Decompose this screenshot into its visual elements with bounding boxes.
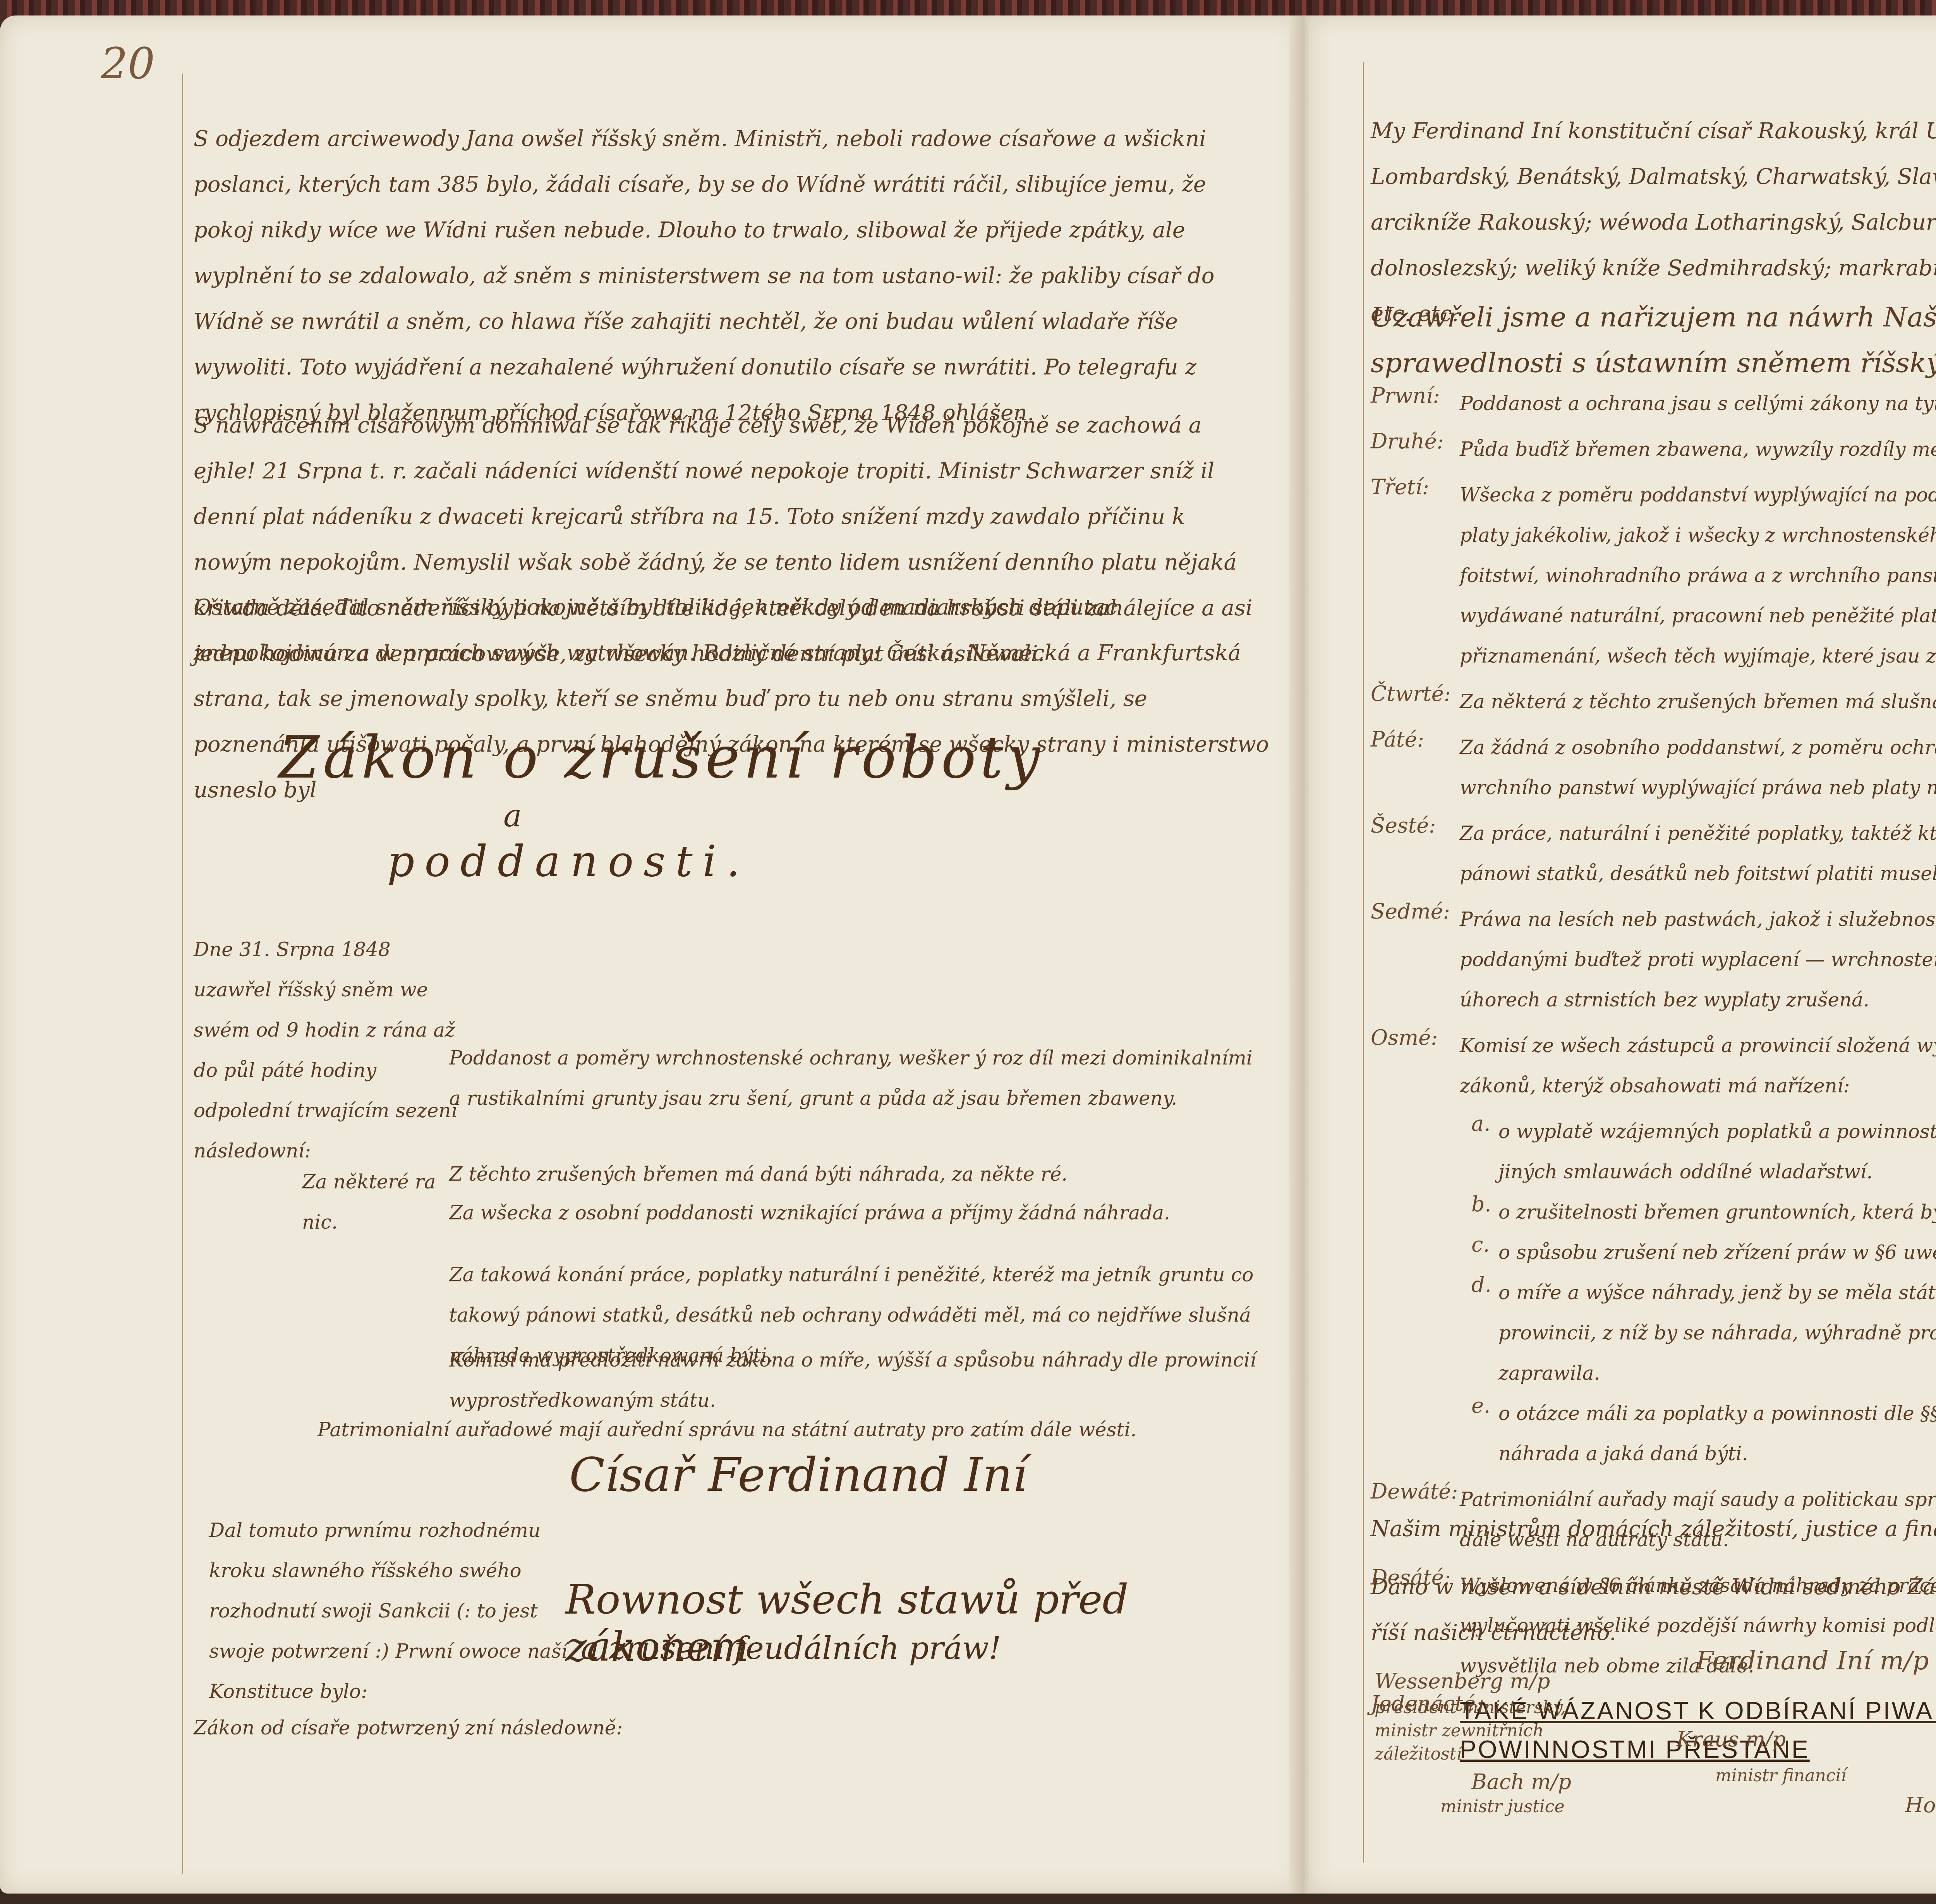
sub-item-label: c. bbox=[1471, 1232, 1498, 1272]
sub-item-b: b. o zrušitelnosti břemen gruntowních, k… bbox=[1471, 1192, 1936, 1232]
law-title-conjunction: a bbox=[503, 798, 532, 834]
article-4: Čtwrté: Za některá z těchto zrušených bř… bbox=[1371, 682, 1936, 722]
slogan-line-2: a zrušení feudálních práw! bbox=[581, 1630, 1001, 1666]
article-text: Wšecka z poměru poddanství wyplýwající n… bbox=[1460, 475, 1936, 676]
signature-wessenberg: Wessenberg m/p bbox=[1375, 1669, 1550, 1693]
date-margin-note: Dne 31. Srpna 1848 uzawřel říšský sněm w… bbox=[194, 929, 465, 1171]
sub-item-label: d. bbox=[1471, 1272, 1498, 1393]
given-clause: Dáno w našem a sídelním městě Wídni sedm… bbox=[1371, 1564, 1936, 1656]
sub-item-c: c. o spůsobu zrušení neb zřízení práw w … bbox=[1471, 1232, 1936, 1272]
article-text: Za práce, naturální i peněžité poplatky,… bbox=[1460, 813, 1936, 894]
page-number: 20 bbox=[101, 39, 155, 88]
signature-hornbostl: Hornbostl m/p bbox=[1905, 1793, 1936, 1817]
article-5: Páté: Za žádná z osobního poddanstwí, z … bbox=[1371, 727, 1936, 808]
sub-item-e: e. o otázce máli za poplatky a powinnost… bbox=[1471, 1393, 1936, 1474]
sub-item-label: a. bbox=[1471, 1111, 1498, 1192]
articles-list: Prwní: Poddanost a ochrana jsau s cellým… bbox=[1371, 383, 1936, 1769]
closing-line: Zákon od císaře potwrzený zní následowně… bbox=[194, 1708, 1123, 1748]
article-label: Páté: bbox=[1371, 727, 1460, 808]
article-label: Šesté: bbox=[1371, 813, 1460, 894]
sub-item-label: e. bbox=[1471, 1393, 1498, 1474]
law-clause-5: Komisí má předložiti náwrh zákona o míře… bbox=[449, 1340, 1270, 1420]
signature-emperor: Ferdinand Iní m/p bbox=[1696, 1646, 1929, 1676]
margin-note-some: Za některé ra nic. bbox=[302, 1162, 441, 1242]
article-2: Druhé: Půda buďiž břemen zbawena, wywzíl… bbox=[1371, 429, 1936, 469]
article-text: Půda buďiž břemen zbawena, wywzíly rozdí… bbox=[1460, 429, 1936, 469]
article-7: Sedmé: Práwa na lesích neb pastwách, jak… bbox=[1371, 899, 1936, 1020]
sub-item-text: o wyplatě wzájemných poplatků a powinnos… bbox=[1498, 1111, 1936, 1192]
sub-item-text: o zrušitelnosti břemen gruntowních, kter… bbox=[1498, 1192, 1936, 1232]
law-clause-1: Poddanost a poměry wrchnostenské ochrany… bbox=[449, 1038, 1270, 1118]
article-text: Za některá z těchto zrušených břemen má … bbox=[1460, 682, 1936, 722]
article-3: Třetí: Wšecka z poměru poddanství wyplýw… bbox=[1371, 475, 1936, 676]
law-clause-2: Z těchto zrušených břemen má daná býti n… bbox=[449, 1154, 1270, 1194]
article-8: Osmé: Komisí ze wšech zástupců a prowinc… bbox=[1371, 1025, 1936, 1106]
paragraph-1: S odjezdem arciwewody Jana owšel říšský … bbox=[194, 116, 1270, 436]
signature-kraus: Kraus m/p bbox=[1677, 1727, 1786, 1751]
sub-item-text: o spůsobu zrušení neb zřízení práw w §6 … bbox=[1498, 1232, 1936, 1272]
article-text: Komisí ze wšech zástupců a prowincií slo… bbox=[1460, 1025, 1936, 1106]
sub-items-list: a. o wyplatě wzájemných poplatků a powin… bbox=[1371, 1111, 1936, 1474]
article-label: Druhé: bbox=[1371, 429, 1460, 469]
sub-item-a: a. o wyplatě wzájemných poplatků a powin… bbox=[1471, 1111, 1936, 1192]
sub-item-label: b. bbox=[1471, 1192, 1498, 1232]
signature-bach-role: ministr justice bbox=[1440, 1797, 1564, 1816]
sub-item-d: d. o míře a wýšce náhrady, jenž by se mě… bbox=[1471, 1272, 1936, 1393]
signature-wessenberg-role: president ministerský, ministr zewnitřní… bbox=[1375, 1696, 1615, 1766]
sub-item-text: o otázce máli za poplatky a powinnosti d… bbox=[1498, 1393, 1936, 1474]
enactment-heading: Uzawřeli jsme a nařizujem na náwrh Naší … bbox=[1371, 294, 1936, 386]
execution-clause: Našim ministrům domácích záležitostí, ju… bbox=[1371, 1506, 1936, 1552]
left-page: 20 S odjezdem arciwewody Jana owšel říšs… bbox=[0, 15, 1301, 1894]
article-text: Práwa na lesích neb pastwách, jakož i sl… bbox=[1460, 899, 1936, 1020]
article-label: Sedmé: bbox=[1371, 899, 1460, 1020]
law-title: Zákon o zrušení roboty bbox=[279, 724, 1044, 791]
article-6: Šesté: Za práce, naturální i peněžité po… bbox=[1371, 813, 1936, 894]
law-subtitle: poddanosti. bbox=[387, 836, 750, 886]
sub-item-text: o míře a wýšce náhrady, jenž by se měla … bbox=[1498, 1272, 1936, 1393]
signature-kraus-role: ministr financií bbox=[1715, 1766, 1847, 1786]
emperor-signature: Císař Ferdinand Iní bbox=[569, 1448, 1027, 1502]
signature-bach: Bach m/p bbox=[1471, 1770, 1571, 1794]
article-text: Poddanost a ochrana jsau s cellými zákon… bbox=[1460, 383, 1936, 424]
margin-rule bbox=[182, 74, 183, 1874]
article-label: Třetí: bbox=[1371, 475, 1460, 676]
article-label: Čtwrté: bbox=[1371, 682, 1460, 722]
article-label: Osmé: bbox=[1371, 1025, 1460, 1106]
law-clause-3: Za wšecka z osobní poddanosti wznikající… bbox=[449, 1193, 1270, 1233]
right-page: 21 My Ferdinand Iní konstituční císař Ra… bbox=[1309, 15, 1936, 1894]
law-clause-6: Patrimonialní auřadowé mají auřední sprá… bbox=[318, 1410, 1270, 1450]
margin-rule-left bbox=[1363, 62, 1364, 1863]
article-label: Prwní: bbox=[1371, 383, 1460, 424]
sanction-margin-note: Dal tomuto prwnímu rozhodnému kroku slaw… bbox=[209, 1510, 596, 1712]
article-1: Prwní: Poddanost a ochrana jsau s cellým… bbox=[1371, 383, 1936, 424]
article-text: Za žádná z osobního poddanstwí, z poměru… bbox=[1460, 727, 1936, 808]
